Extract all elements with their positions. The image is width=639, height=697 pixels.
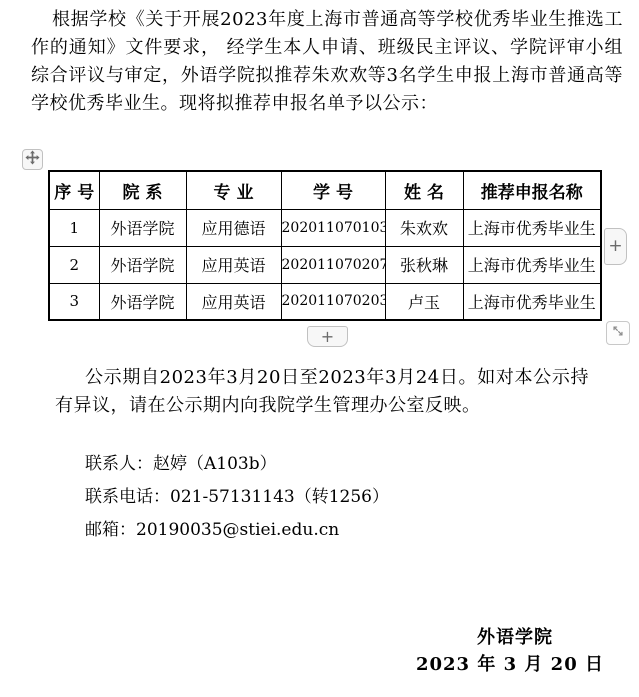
table-move-handle[interactable] [22,149,43,170]
plus-icon: + [321,329,334,345]
contact-phone: 联系电话：021-57131143（转1256） [85,481,389,514]
col-header-index: 序 号 [49,171,99,209]
move-cross-icon [25,150,40,169]
cell-department: 外语学院 [99,283,186,320]
cell-title: 上海市优秀毕业生 [463,246,601,283]
cell-name: 卢玉 [385,283,463,320]
cell-major: 应用德语 [186,209,281,246]
cell-department: 外语学院 [99,209,186,246]
col-header-student-id: 学 号 [281,171,385,209]
cell-department: 外语学院 [99,246,186,283]
table-row: 1 外语学院 应用德语 2020110701035 朱欢欢 上海市优秀毕业生 [49,209,601,246]
cell-title: 上海市优秀毕业生 [463,209,601,246]
cell-name: 张秋琳 [385,246,463,283]
intro-paragraph: 根据学校《关于开展2023年度上海市普通高等学校优秀毕业生推选工作的通知》文件要… [31,6,623,118]
col-header-department: 院 系 [99,171,186,209]
contact-block: 联系人：赵婷（A103b） 联系电话：021-57131143（转1256） 邮… [85,448,389,547]
col-header-major: 专 业 [186,171,281,209]
signature-date: 2023 年 3 月 20 日 [400,650,620,676]
cell-student-id: 2020110702034 [281,283,385,320]
cell-student-id: 2020110701035 [281,209,385,246]
cell-index: 1 [49,209,99,246]
cell-title: 上海市优秀毕业生 [463,283,601,320]
diagonal-resize-icon [611,324,625,342]
contact-email: 邮箱：20190035@stiei.edu.cn [85,514,389,547]
signature-org: 外语学院 [430,623,600,649]
cell-major: 应用英语 [186,283,281,320]
contact-person: 联系人：赵婷（A103b） [85,448,389,481]
document-page: 根据学校《关于开展2023年度上海市普通高等学校优秀毕业生推选工作的通知》文件要… [0,0,639,697]
col-header-name: 姓 名 [385,171,463,209]
table-header-row: 序 号 院 系 专 业 学 号 姓 名 推荐申报名称 [49,171,601,209]
plus-icon: + [608,238,622,255]
cell-major: 应用英语 [186,246,281,283]
add-column-button[interactable]: + [604,228,627,265]
cell-name: 朱欢欢 [385,209,463,246]
cell-index: 2 [49,246,99,283]
col-header-title: 推荐申报名称 [463,171,601,209]
table-row: 3 外语学院 应用英语 2020110702034 卢玉 上海市优秀毕业生 [49,283,601,320]
table-row: 2 外语学院 应用英语 2020110702078 张秋琳 上海市优秀毕业生 [49,246,601,283]
add-row-button[interactable]: + [307,326,348,347]
cell-student-id: 2020110702078 [281,246,385,283]
cell-index: 3 [49,283,99,320]
table-resize-handle[interactable] [606,321,630,345]
notice-paragraph: 公示期自2023年3月20日至2023年3月24日。如对本公示持有异议，请在公示… [55,364,589,420]
recommendation-table: 序 号 院 系 专 业 学 号 姓 名 推荐申报名称 1 外语学院 应用德语 2… [48,170,602,321]
